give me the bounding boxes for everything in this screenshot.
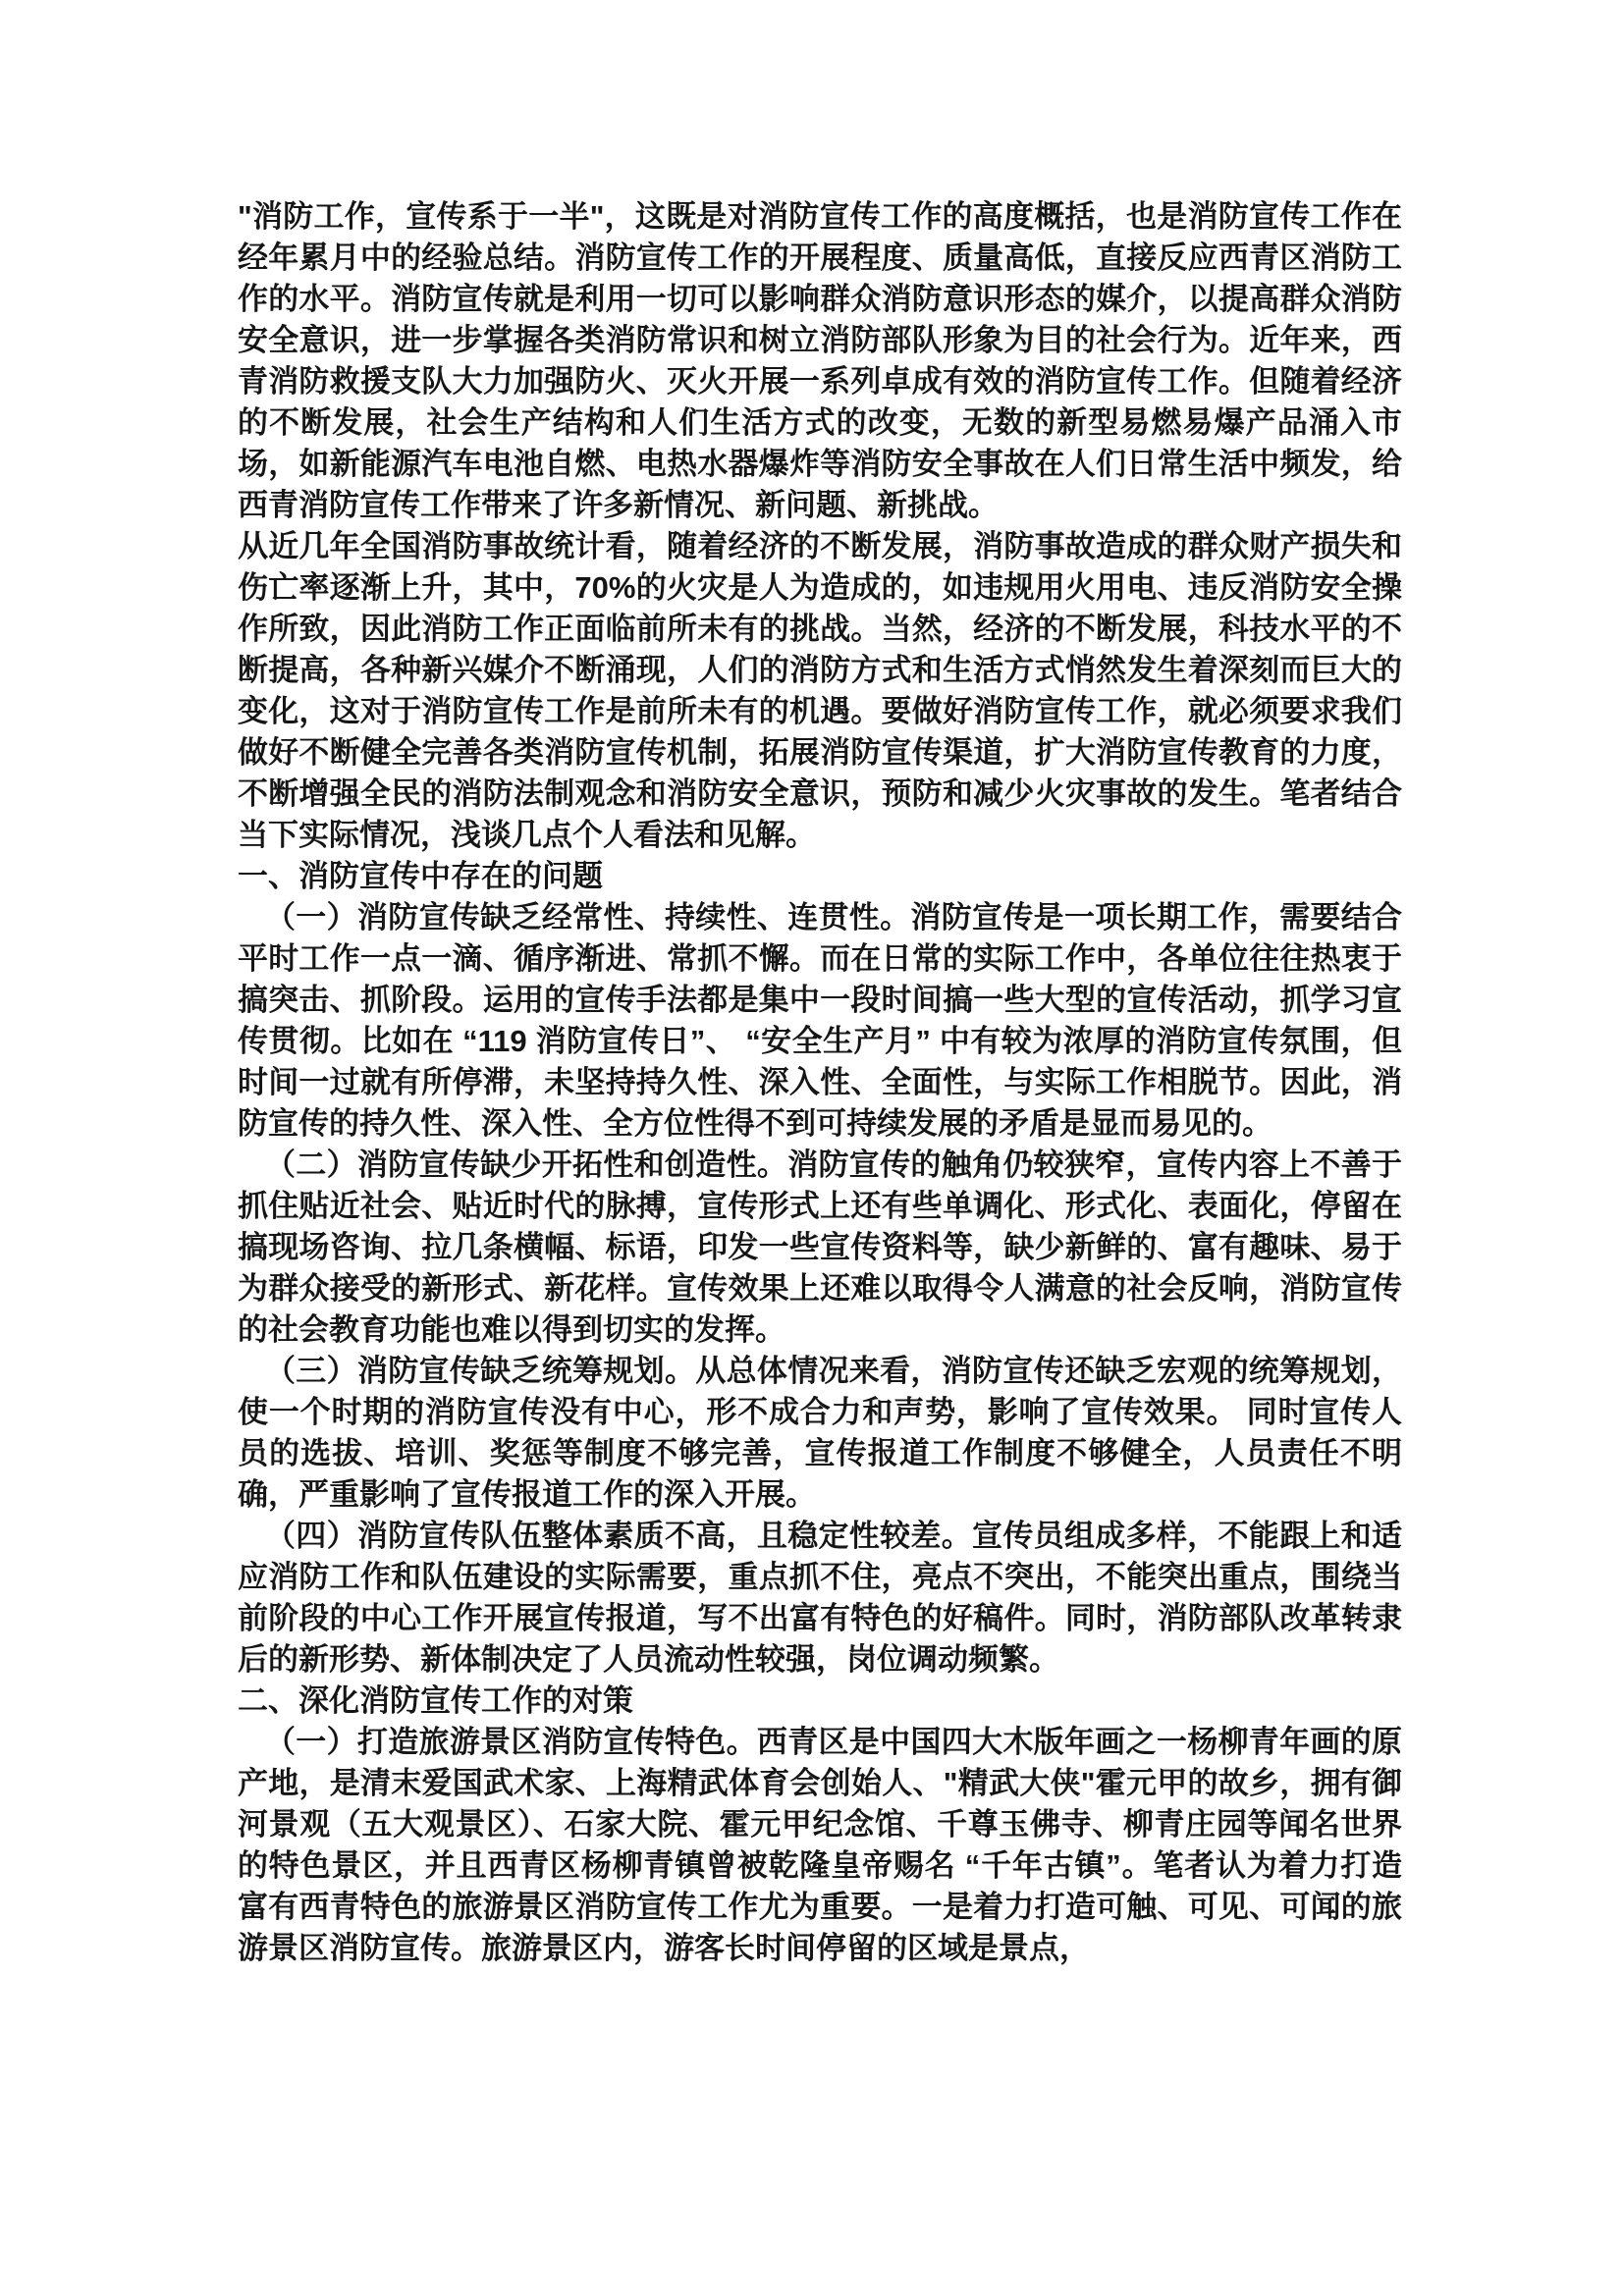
paragraph-countermeasure-1: （一）打造旅游景区消防宣传特色。西青区是中国四大木版年画之一杨柳青年画的原产地，… <box>238 1722 1402 1969</box>
paragraph-problem-3: （三）消防宣传缺乏统筹规划。从总体情况来看，消防宣传还缺乏宏观的统筹规划，使一个… <box>238 1351 1402 1516</box>
document-content: "消防工作，宣传系于一半"，这既是对消防宣传工作的高度概括，也是消防宣传工作在经… <box>238 196 1402 1969</box>
paragraph-problem-1: （一）消防宣传缺乏经常性、持续性、连贯性。消防宣传是一项长期工作，需要结合平时工… <box>238 897 1402 1145</box>
document-page: "消防工作，宣传系于一半"，这既是对消防宣传工作的高度概括，也是消防宣传工作在经… <box>0 0 1624 2296</box>
paragraph-intro: "消防工作，宣传系于一半"，这既是对消防宣传工作的高度概括，也是消防宣传工作在经… <box>238 196 1402 526</box>
paragraph-current-situation: 从近几年全国消防事故统计看，随着经济的不断发展，消防事故造成的群众财产损失和伤亡… <box>238 526 1402 856</box>
section-heading-countermeasures: 二、深化消防宣传工作的对策 <box>238 1681 1402 1722</box>
paragraph-problem-2: （二）消防宣传缺少开拓性和创造性。消防宣传的触角仍较狭窄，宣传内容上不善于抓住贴… <box>238 1145 1402 1351</box>
section-heading-problems: 一、消防宣传中存在的问题 <box>238 856 1402 897</box>
paragraph-problem-4: （四）消防宣传队伍整体素质不高，且稳定性较差。宣传员组成多样，不能跟上和适应消防… <box>238 1516 1402 1681</box>
